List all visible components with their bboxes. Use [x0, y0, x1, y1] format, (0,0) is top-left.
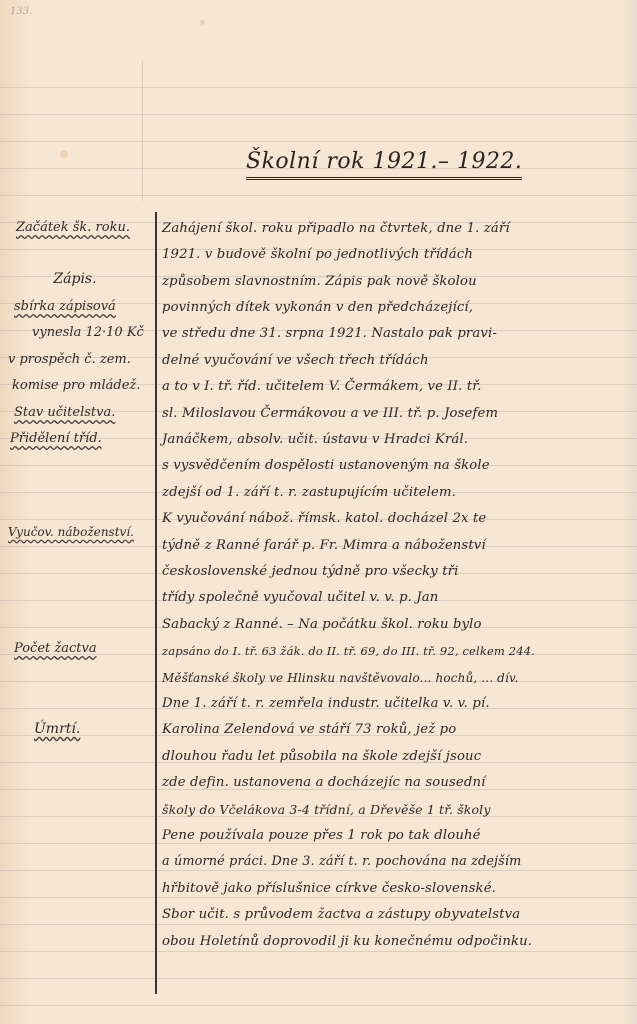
- text-line: obou Holetínů doprovodil ji ku konečnému…: [162, 932, 532, 952]
- text-line: sl. Miloslavou Čermákovou a ve III. tř. …: [162, 404, 498, 424]
- margin-heading-enrollment: Zápis.: [0, 270, 150, 288]
- margin-note-beneficiary: v prospěch č. zem.: [8, 351, 131, 369]
- text-line: a to v I. tř. říd. učitelem V. Čermákem,…: [162, 377, 482, 397]
- text-line: zde defin. ustanovena a docházejíc na so…: [162, 773, 485, 793]
- text-line: hřbitově jako příslušnice církve česko-s…: [162, 879, 496, 899]
- text-line: Pene používala pouze přes 1 rok po tak d…: [162, 826, 481, 846]
- text-line: třídy společně vyučoval učitel v. v. p. …: [162, 588, 438, 608]
- text-line: školy do Včelákova 3-4 třídní, a Dřevěše…: [162, 800, 491, 820]
- paper-stain: [200, 20, 205, 25]
- margin-note-collection-amount: vynesla 12·10 Kč: [32, 324, 144, 342]
- text-line: Janáčkem, absolv. učit. ústavu v Hradci …: [162, 430, 468, 450]
- text-line: s vysvědčením dospělosti ustanoveným na …: [162, 456, 490, 476]
- text-line: Karolina Zelendová ve stáří 73 roků, jež…: [162, 720, 456, 740]
- ledger-page: 133. Školní rok 1921.– 1922. Začátek šk.…: [0, 0, 637, 1024]
- text-line: povinných dítek vykonán v den předcházej…: [162, 298, 473, 318]
- text-line: týdně z Ranné farář p. Fr. Mimra a nábož…: [162, 536, 486, 556]
- page-title: Školní rok 1921.– 1922.: [246, 148, 522, 180]
- page-number: 133.: [10, 6, 32, 17]
- margin-heading-religion-teaching: Vyučov. náboženství.: [8, 523, 134, 541]
- paper-stain: [60, 150, 68, 158]
- margin-heading-teaching-staff: Stav učitelstva.: [14, 404, 115, 422]
- text-line: ve středu dne 31. srpna 1921. Nastalo pa…: [162, 324, 497, 344]
- margin-note-youth-commission: komise pro mládež.: [12, 377, 140, 395]
- text-line: dlouhou řadu let působila na škole zdejš…: [162, 747, 481, 767]
- text-line: Sabacký z Ranné. – Na počátku škol. roku…: [162, 615, 482, 635]
- text-line: zapsáno do I. tř. 63 žák. do II. tř. 69,…: [162, 641, 535, 661]
- text-line: Zahájení škol. roku připadlo na čtvrtek,…: [162, 219, 510, 239]
- text-line: delné vyučování ve všech třech třídách: [162, 351, 429, 371]
- faint-column-rule: [142, 61, 143, 201]
- text-line: K vyučování nábož. římsk. katol. docháze…: [162, 509, 486, 529]
- text-line: 1921. v budově školní po jednotlivých tř…: [162, 245, 473, 265]
- margin-heading-class-assignment: Přidělení tříd.: [10, 430, 102, 448]
- text-line: zdejší od 1. září t. r. zastupujícím uči…: [162, 483, 456, 503]
- margin-column-divider: [155, 212, 157, 994]
- text-line: Dne 1. září t. r. zemřela industr. učite…: [162, 694, 490, 714]
- text-line: Měšťanské školy ve Hlinsku navštěvovalo.…: [162, 668, 518, 688]
- margin-heading-pupil-count: Počet žactva: [14, 640, 97, 658]
- text-line: Sbor učit. s průvodem žactva a zástupy o…: [162, 905, 520, 925]
- text-line: československé jednou týdně pro všecky t…: [162, 562, 459, 582]
- text-line: a úmorné práci. Dne 3. září t. r. pochov…: [162, 852, 521, 872]
- text-line: způsobem slavnostním. Zápis pak nově ško…: [162, 272, 477, 292]
- margin-heading-enrollment-collection: sbírka zápisová: [14, 298, 116, 316]
- margin-heading-school-year-start: Začátek šk. roku.: [16, 219, 130, 237]
- margin-heading-deaths: Úmrtí.: [34, 720, 80, 738]
